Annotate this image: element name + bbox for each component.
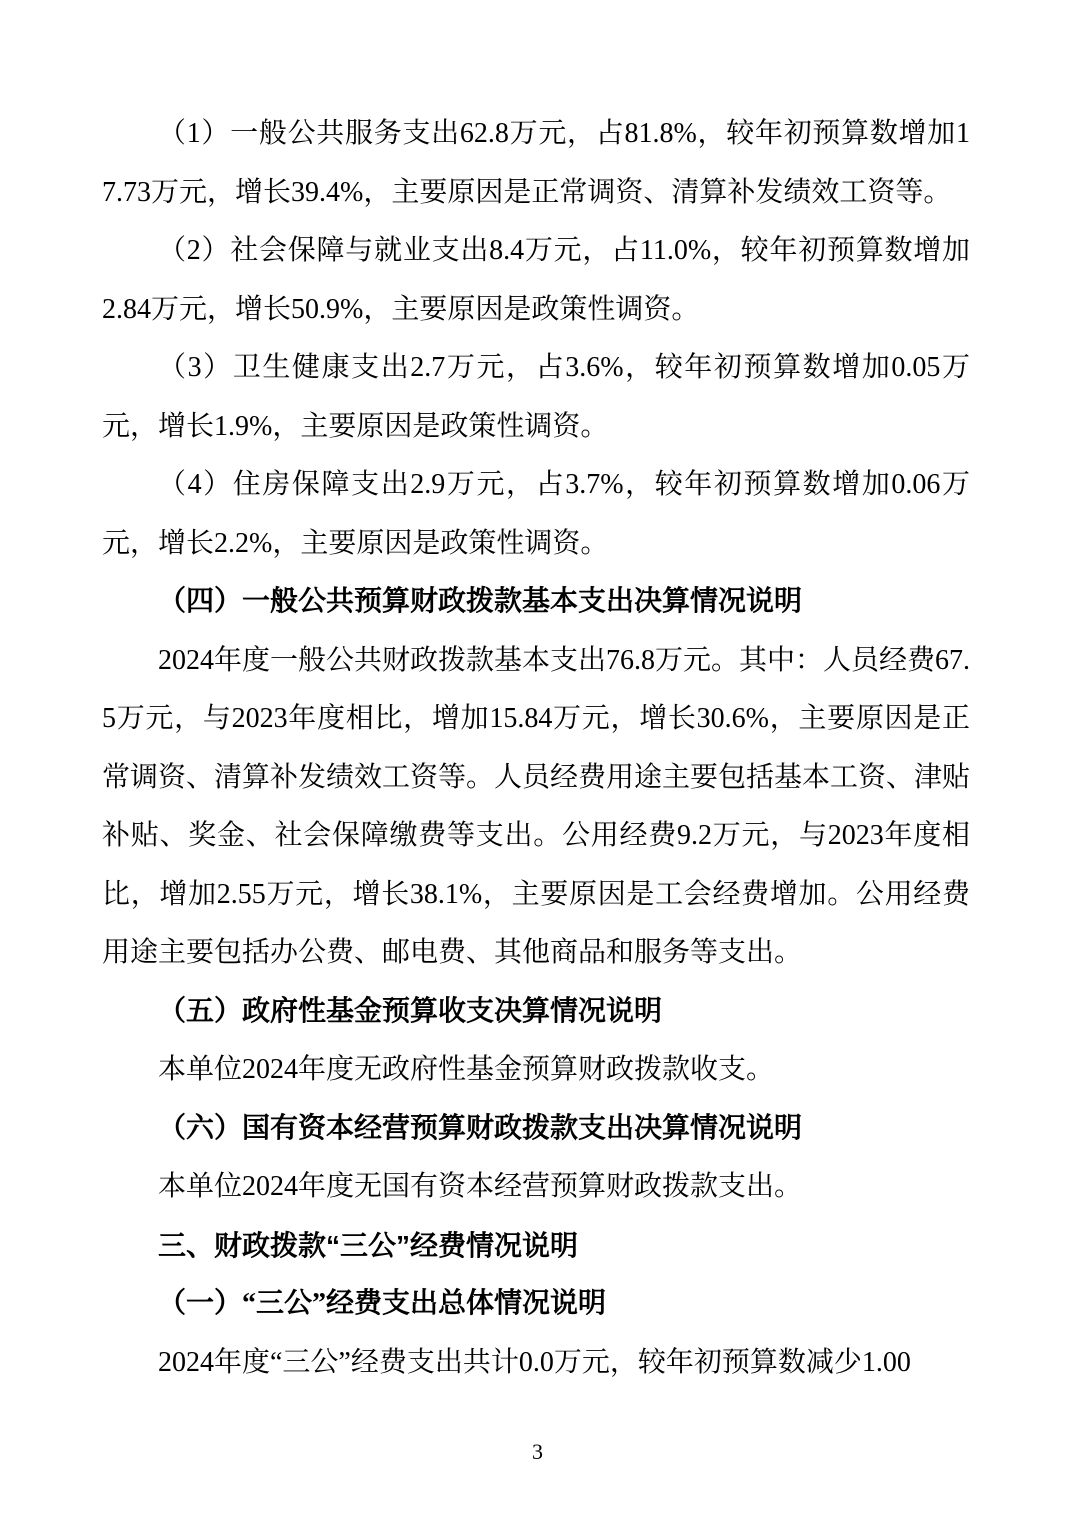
heading-section-4-basic-expenditure: （四）一般公共预算财政拨款基本支出决算情况说明 (102, 573, 970, 632)
document-page: （1）一般公共服务支出62.8万元，占81.8%，较年初预算数增加17.73万元… (0, 0, 1075, 1520)
para-expenditure-item-2: （2）社会保障与就业支出8.4万元，占11.0%，较年初预算数增加2.84万元，… (102, 222, 970, 339)
page-number: 3 (0, 1438, 1075, 1466)
para-expenditure-item-4: （4）住房保障支出2.9万元，占3.7%，较年初预算数增加0.06万元，增长2.… (102, 456, 970, 573)
heading-section-5-gov-fund-budget: （五）政府性基金预算收支决算情况说明 (102, 983, 970, 1042)
heading-section-6-state-capital-budget: （六）国有资本经营预算财政拨款支出决算情况说明 (102, 1100, 970, 1159)
para-gov-fund-budget-detail: 本单位2024年度无政府性基金预算财政拨款收支。 (102, 1041, 970, 1100)
para-state-capital-budget-detail: 本单位2024年度无国有资本经营预算财政拨款支出。 (102, 1158, 970, 1217)
heading-chapter-3-three-public-funds: 三、财政拨款“三公”经费情况说明 (102, 1217, 970, 1276)
para-expenditure-item-1: （1）一般公共服务支出62.8万元，占81.8%，较年初预算数增加17.73万元… (102, 105, 970, 222)
para-three-public-overview-detail: 2024年度“三公”经费支出共计0.0万元，较年初预算数减少1.00 (102, 1334, 970, 1393)
para-basic-expenditure-detail: 2024年度一般公共财政拨款基本支出76.8万元。其中：人员经费67.5万元，与… (102, 632, 970, 983)
para-expenditure-item-3: （3）卫生健康支出2.7万元，占3.6%，较年初预算数增加0.05万元，增长1.… (102, 339, 970, 456)
heading-section-1-three-public-overview: （一）“三公”经费支出总体情况说明 (102, 1275, 970, 1334)
document-body: （1）一般公共服务支出62.8万元，占81.8%，较年初预算数增加17.73万元… (102, 105, 970, 1392)
